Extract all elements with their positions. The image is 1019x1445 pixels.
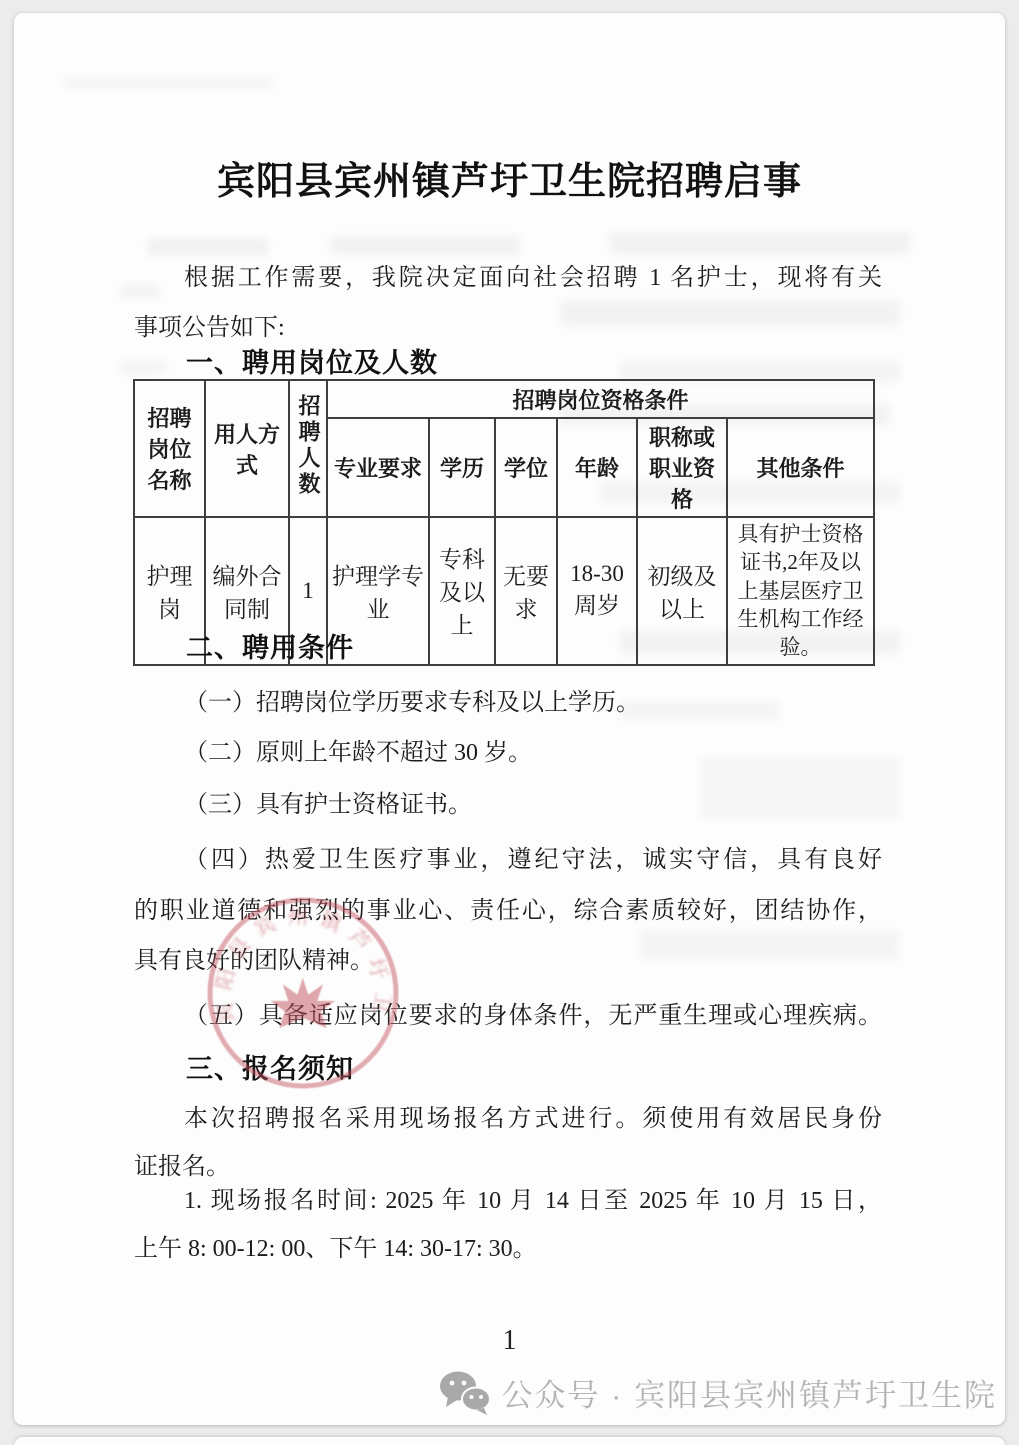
section2-item5: （五）具备适应岗位要求的身体条件，无严重生理或心理疾病。 [134, 995, 882, 1030]
document-title: 宾阳县宾州镇芦圩卫生院招聘启事 [0, 150, 1019, 205]
table-header-qualification-group: 招聘岗位资格条件 [327, 380, 874, 418]
section2-item4-line1: （四）热爱卫生医疗事业，遵纪守法，诚实守信，具有良好 [134, 839, 882, 874]
wechat-icon [439, 1371, 491, 1415]
section3-p1-line1: 本次招聘报名采用现场报名方式进行。须使用有效居民身份 [134, 1098, 882, 1133]
cell-degree: 无要求 [495, 517, 557, 665]
cell-education: 专科及以上 [429, 517, 495, 665]
section1-heading: 一、聘用岗位及人数 [186, 341, 438, 380]
section2-item2: （二）原则上年龄不超过 30 岁。 [134, 732, 882, 767]
bleed-through-artifact [330, 236, 520, 254]
section2-item4-line2: 的职业道德和强烈的事业心、责任心，综合素质较好，团结协作， [134, 890, 882, 925]
section3-item1-line2: 上午 8: 00-12: 00、下午 14: 30-17: 30。 [134, 1228, 882, 1263]
table-header-count-label: 招聘人数 [297, 394, 319, 498]
watermark-label: 公众号 · 宾阳县宾州镇芦圩卫生院 [501, 1370, 997, 1415]
cell-title-or-cert: 初级及以上 [637, 517, 727, 665]
table-header-other: 其他条件 [727, 418, 874, 517]
section2-heading: 二、聘用条件 [186, 626, 354, 665]
intro-line-1: 根据工作需要，我院决定面向社会招聘 1 名护士，现将有关 [134, 257, 882, 292]
table-header-count: 招聘人数 [289, 380, 327, 517]
screenshot-canvas: 宾阳县宾州镇芦圩卫生院招聘启事 根据工作需要，我院决定面向社会招聘 1 名护士，… [0, 0, 1019, 1445]
cell-age: 18-30周岁 [557, 517, 637, 665]
page-number: 1 [0, 1325, 1019, 1357]
intro-line-2: 事项公告如下: [134, 307, 882, 342]
wechat-watermark: 公众号 · 宾阳县宾州镇芦圩卫生院 [439, 1370, 997, 1415]
table-header-post: 招聘岗位名称 [134, 380, 205, 517]
section3-p1-line2: 证报名。 [134, 1146, 882, 1181]
table-header-major: 专业要求 [327, 418, 429, 517]
table-header-method: 用人方式 [205, 380, 289, 517]
section3-item1-line1: 1. 现场报名时间: 2025 年 10 月 14 日至 2025 年 10 月… [134, 1180, 882, 1215]
next-page-edge [14, 1437, 1005, 1445]
bleed-through-artifact [148, 238, 268, 256]
section2-item4-line3: 具有良好的团队精神。 [134, 940, 882, 975]
cell-other: 具有护士资格证书,2年及以上基层医疗卫生机构工作经验。 [727, 517, 874, 665]
section2-item3: （三）具有护士资格证书。 [134, 784, 882, 819]
table-header-title-or-cert: 职称或职业资格 [637, 418, 727, 517]
table-header-education: 学历 [429, 418, 495, 517]
table-header-degree: 学位 [495, 418, 557, 517]
table-header-age: 年龄 [557, 418, 637, 517]
bleed-through-artifact [120, 360, 166, 374]
bleed-through-artifact [64, 78, 274, 88]
section2-item1: （一）招聘岗位学历要求专科及以上学历。 [134, 682, 882, 717]
recruitment-table: 招聘岗位名称 用人方式 招聘人数 招聘岗位资格条件 专业要求 学历 学位 年龄 … [133, 379, 875, 666]
section3-heading: 三、报名须知 [186, 1047, 354, 1086]
bleed-through-artifact [610, 232, 910, 254]
